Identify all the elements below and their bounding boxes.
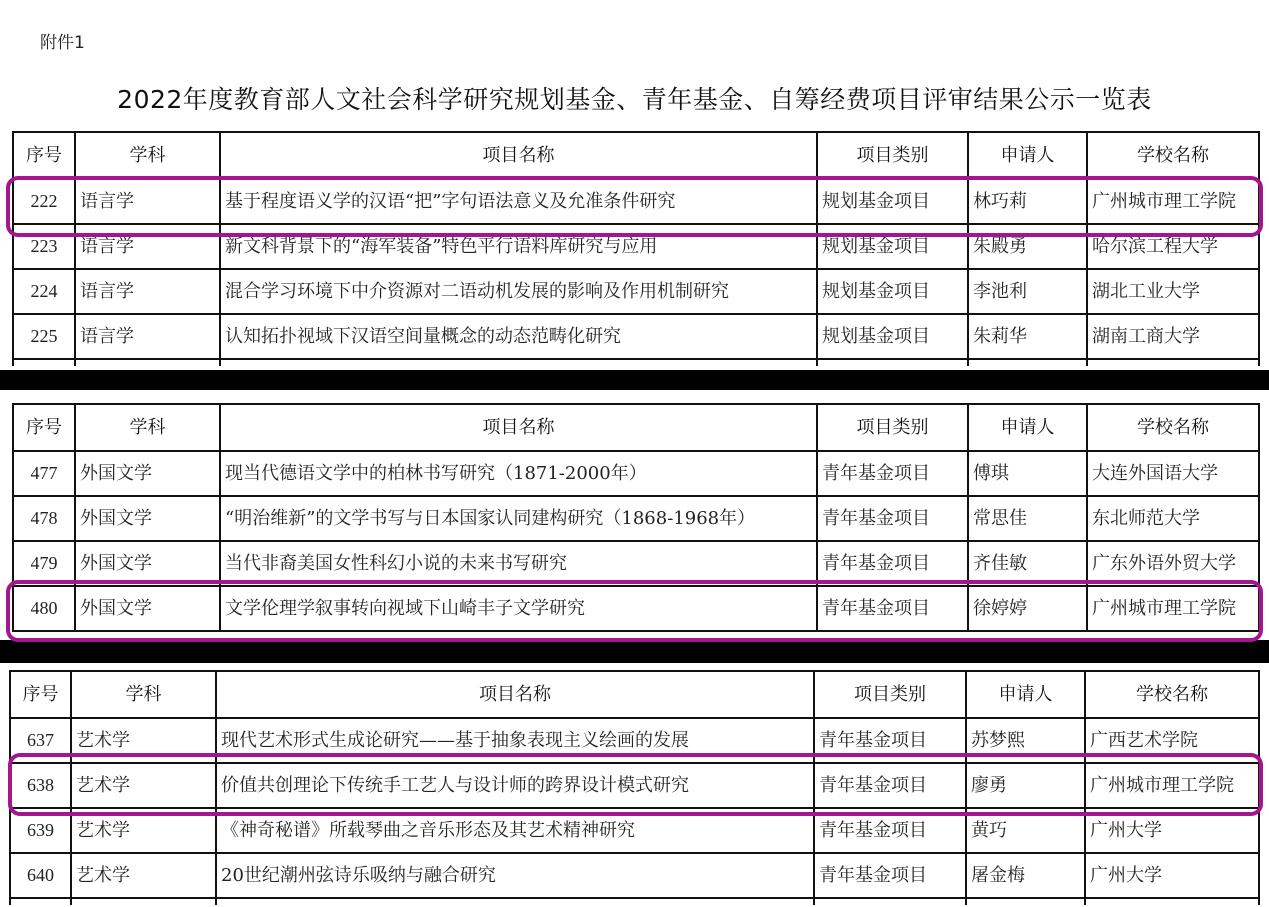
- cell-category: 青年基金项目: [814, 808, 966, 853]
- cell-category: 青年基金项目: [817, 541, 968, 586]
- col-header-applicant: 申请人: [968, 404, 1087, 451]
- redaction-band: [0, 370, 1269, 390]
- cell-cut: [1085, 898, 1259, 905]
- col-header-school: 学校名称: [1085, 671, 1259, 718]
- col-header-subject: 学科: [75, 132, 220, 179]
- cell-no: 640: [10, 853, 71, 898]
- col-header-category: 项目类别: [817, 132, 968, 179]
- cell-cut: [968, 359, 1087, 366]
- cell-category: 规划基金项目: [817, 314, 968, 359]
- table-row: 224 语言学 混合学习环境下中介资源对二语动机发展的影响及作用机制研究 规划基…: [13, 269, 1259, 314]
- table-row: 225 语言学 认知拓扑视域下汉语空间量概念的动态范畴化研究 规划基金项目 朱莉…: [13, 314, 1259, 359]
- cell-project: 价值共创理论下传统手工艺人与设计师的跨界设计模式研究: [216, 763, 814, 808]
- cell-no: 478: [13, 496, 75, 541]
- cell-subject: 艺术学: [71, 718, 216, 763]
- cell-subject: 艺术学: [71, 763, 216, 808]
- cell-project: 新文科背景下的“海军装备”特色平行语料库研究与应用: [220, 224, 817, 269]
- cell-subject: 语言学: [75, 314, 220, 359]
- cell-applicant: 朱殿勇: [968, 224, 1087, 269]
- col-header-no: 序号: [13, 132, 75, 179]
- cell-project: 认知拓扑视域下汉语空间量概念的动态范畴化研究: [220, 314, 817, 359]
- cell-project: 20世纪潮州弦诗乐吸纳与融合研究: [216, 853, 814, 898]
- cell-school: 湖南工商大学: [1087, 314, 1259, 359]
- results-table-linguistics: 序号 学科 项目名称 项目类别 申请人 学校名称 222 语言学 基于程度语义学…: [12, 131, 1260, 366]
- table-row: 638 艺术学 价值共创理论下传统手工艺人与设计师的跨界设计模式研究 青年基金项…: [10, 763, 1259, 808]
- cell-no: 223: [13, 224, 75, 269]
- col-header-school: 学校名称: [1087, 132, 1259, 179]
- cell-school: 哈尔滨工程大学: [1087, 224, 1259, 269]
- col-header-project: 项目名称: [220, 404, 817, 451]
- cell-applicant: 林巧莉: [968, 179, 1087, 224]
- cell-category: 青年基金项目: [814, 718, 966, 763]
- cell-cut: [814, 898, 966, 905]
- cell-no: 224: [13, 269, 75, 314]
- cell-school: 广州城市理工学院: [1087, 179, 1259, 224]
- col-header-subject: 学科: [75, 404, 220, 451]
- table-row: 480 外国文学 文学伦理学叙事转向视域下山崎丰子文学研究 青年基金项目 徐婷婷…: [13, 586, 1259, 631]
- cell-school: 湖北工业大学: [1087, 269, 1259, 314]
- cell-school: 广州城市理工学院: [1085, 763, 1259, 808]
- cell-project: 混合学习环境下中介资源对二语动机发展的影响及作用机制研究: [220, 269, 817, 314]
- table-row: 478 外国文学 “明治维新”的文学书写与日本国家认同建构研究（1868-196…: [13, 496, 1259, 541]
- cell-school: 广东外语外贸大学: [1087, 541, 1259, 586]
- cell-category: 青年基金项目: [814, 853, 966, 898]
- cell-project: 文学伦理学叙事转向视域下山崎丰子文学研究: [220, 586, 817, 631]
- col-header-no: 序号: [10, 671, 71, 718]
- cell-applicant: 徐婷婷: [968, 586, 1087, 631]
- cell-no: 477: [13, 451, 75, 496]
- cell-school: 广州大学: [1085, 808, 1259, 853]
- cell-category: 规划基金项目: [817, 224, 968, 269]
- cell-cut: [1087, 359, 1259, 366]
- cell-cut: [220, 359, 817, 366]
- table-row: 640 艺术学 20世纪潮州弦诗乐吸纳与融合研究 青年基金项目 屠金梅 广州大学: [10, 853, 1259, 898]
- cell-applicant: 常思佳: [968, 496, 1087, 541]
- cell-no: 225: [13, 314, 75, 359]
- col-header-project: 项目名称: [220, 132, 817, 179]
- cell-category: 规划基金项目: [817, 269, 968, 314]
- col-header-no: 序号: [13, 404, 75, 451]
- col-header-category: 项目类别: [814, 671, 966, 718]
- cell-subject: 外国文学: [75, 586, 220, 631]
- cell-applicant: 齐佳敏: [968, 541, 1087, 586]
- cell-applicant: 屠金梅: [966, 853, 1085, 898]
- table-row: 479 外国文学 当代非裔美国女性科幻小说的未来书写研究 青年基金项目 齐佳敏 …: [13, 541, 1259, 586]
- cell-subject: 外国文学: [75, 541, 220, 586]
- document-title: 2022年度教育部人文社会科学研究规划基金、青年基金、自筹经费项目评审结果公示一…: [0, 80, 1269, 116]
- cell-applicant: 苏梦熙: [966, 718, 1085, 763]
- results-table-art: 序号 学科 项目名称 项目类别 申请人 学校名称 637 艺术学 现代艺术形式生…: [9, 670, 1260, 905]
- table-row: 223 语言学 新文科背景下的“海军装备”特色平行语料库研究与应用 规划基金项目…: [13, 224, 1259, 269]
- cell-cut: [10, 898, 71, 905]
- cell-school: 广州大学: [1085, 853, 1259, 898]
- cell-school: 广西艺术学院: [1085, 718, 1259, 763]
- results-table-foreign-literature: 序号 学科 项目名称 项目类别 申请人 学校名称 477 外国文学 现当代德语文…: [12, 403, 1260, 632]
- cell-subject: 语言学: [75, 224, 220, 269]
- col-header-applicant: 申请人: [966, 671, 1085, 718]
- cell-cut: [71, 898, 216, 905]
- cell-cut: [216, 898, 814, 905]
- cell-category: 青年基金项目: [814, 763, 966, 808]
- cell-project: 现当代德语文学中的柏林书写研究（1871-2000年）: [220, 451, 817, 496]
- col-header-category: 项目类别: [817, 404, 968, 451]
- table-row: 477 外国文学 现当代德语文学中的柏林书写研究（1871-2000年） 青年基…: [13, 451, 1259, 496]
- cell-applicant: 傅琪: [968, 451, 1087, 496]
- cell-applicant: 朱莉华: [968, 314, 1087, 359]
- redaction-band: [0, 640, 1269, 663]
- cell-subject: 语言学: [75, 269, 220, 314]
- col-header-applicant: 申请人: [968, 132, 1087, 179]
- cell-subject: 语言学: [75, 179, 220, 224]
- col-header-project: 项目名称: [216, 671, 814, 718]
- table-header-row: 序号 学科 项目名称 项目类别 申请人 学校名称: [13, 132, 1259, 179]
- cell-subject: 艺术学: [71, 808, 216, 853]
- cell-cut: [817, 359, 968, 366]
- cell-no: 639: [10, 808, 71, 853]
- cell-applicant: 李池利: [968, 269, 1087, 314]
- table-row: 639 艺术学 《神奇秘谱》所载琴曲之音乐形态及其艺术精神研究 青年基金项目 黄…: [10, 808, 1259, 853]
- cell-project: “明治维新”的文学书写与日本国家认同建构研究（1868-1968年）: [220, 496, 817, 541]
- cell-applicant: 黄巧: [966, 808, 1085, 853]
- table-header-row: 序号 学科 项目名称 项目类别 申请人 学校名称: [10, 671, 1259, 718]
- cell-no: 637: [10, 718, 71, 763]
- col-header-subject: 学科: [71, 671, 216, 718]
- cell-no: 479: [13, 541, 75, 586]
- cell-school: 东北师范大学: [1087, 496, 1259, 541]
- table-row-cut-off: [10, 898, 1259, 905]
- cell-school: 广州城市理工学院: [1087, 586, 1259, 631]
- cell-category: 规划基金项目: [817, 179, 968, 224]
- table-row-cut-off: [13, 359, 1259, 366]
- cell-category: 青年基金项目: [817, 586, 968, 631]
- cell-subject: 艺术学: [71, 853, 216, 898]
- cell-cut: [966, 898, 1085, 905]
- cell-applicant: 廖勇: [966, 763, 1085, 808]
- col-header-school: 学校名称: [1087, 404, 1259, 451]
- cell-category: 青年基金项目: [817, 451, 968, 496]
- table-row: 637 艺术学 现代艺术形式生成论研究——基于抽象表现主义绘画的发展 青年基金项…: [10, 718, 1259, 763]
- cell-subject: 外国文学: [75, 496, 220, 541]
- cell-no: 638: [10, 763, 71, 808]
- cell-no: 222: [13, 179, 75, 224]
- cell-project: 现代艺术形式生成论研究——基于抽象表现主义绘画的发展: [216, 718, 814, 763]
- cell-cut: [75, 359, 220, 366]
- cell-cut: [13, 359, 75, 366]
- cell-subject: 外国文学: [75, 451, 220, 496]
- cell-project: 基于程度语义学的汉语“把”字句语法意义及允准条件研究: [220, 179, 817, 224]
- table-row: 222 语言学 基于程度语义学的汉语“把”字句语法意义及允准条件研究 规划基金项…: [13, 179, 1259, 224]
- cell-no: 480: [13, 586, 75, 631]
- attachment-label: 附件1: [40, 28, 85, 53]
- cell-project: 《神奇秘谱》所载琴曲之音乐形态及其艺术精神研究: [216, 808, 814, 853]
- cell-category: 青年基金项目: [817, 496, 968, 541]
- table-header-row: 序号 学科 项目名称 项目类别 申请人 学校名称: [13, 404, 1259, 451]
- cell-school: 大连外国语大学: [1087, 451, 1259, 496]
- cell-project: 当代非裔美国女性科幻小说的未来书写研究: [220, 541, 817, 586]
